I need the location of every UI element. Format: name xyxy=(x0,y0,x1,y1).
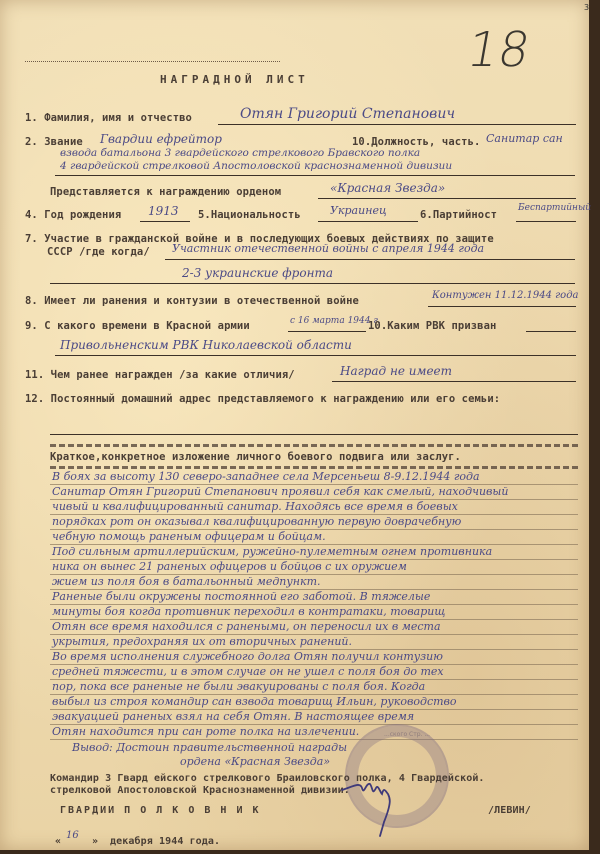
commander-line-1: Командир 3 Гвард ейского стрелкового Бра… xyxy=(50,773,485,784)
narrative-divider-bottom xyxy=(50,466,578,469)
field-6-label: 6.Партийност xyxy=(420,209,497,221)
field-2-value: Гвардии ефрейтор xyxy=(100,132,222,146)
narrative-line: чивый и квалифицированный санитар. Наход… xyxy=(52,500,458,513)
signature-icon xyxy=(340,778,410,838)
narrative-line: выбыл из строя командир сан взвода товар… xyxy=(52,695,457,708)
field-12-underline xyxy=(50,434,578,435)
conclusion-line-2: ордена «Красная Звезда» xyxy=(180,755,330,768)
field-7-value-1: Участник отечественной войны с апреля 19… xyxy=(172,242,484,255)
stamp-text: ...ского Стр. ... xyxy=(384,731,430,738)
narrative-line: жием из поля боя в батальонный медпункт. xyxy=(52,575,321,588)
field-8-underline xyxy=(428,306,576,307)
field-6-underline xyxy=(516,221,576,222)
narrative-line: Под сильным артиллерийским, ружейно-пуле… xyxy=(52,545,492,558)
narrative-rule xyxy=(50,739,578,740)
narrative-line: Раненые были окружены постоянной его заб… xyxy=(52,590,430,603)
field-10b-value: Привольненским РВК Николаевской области xyxy=(60,338,352,352)
field-10-value-1: Санитар сан xyxy=(486,132,563,145)
narrative-line: укрытия, предохраняя их от вторичных ран… xyxy=(52,635,352,648)
sheet-number: 18 xyxy=(463,22,534,78)
field-8-label: 8. Имеет ли ранения и контузии в отечест… xyxy=(25,295,359,307)
field-1-value: Отян Григорий Степанович xyxy=(240,106,455,122)
narrative-line: ника он вынес 21 раненых офицеров и бойц… xyxy=(52,560,407,573)
conclusion-line-1: Вывод: Достоин правительственной награды xyxy=(72,741,347,754)
narrative-line: В боях за высоту 130 северо-западнее сел… xyxy=(52,470,480,483)
field-1-label: 1. Фамилия, имя и отчество xyxy=(25,112,192,124)
field-11-label: 11. Чем ранее награжден /за какие отличи… xyxy=(25,369,295,381)
award-label: Представляется к награждению орденом xyxy=(50,186,281,198)
field-4-underline xyxy=(140,221,190,222)
field-7-underline-2 xyxy=(50,283,575,284)
field-10b-underline-2 xyxy=(55,355,576,356)
field-12-label: 12. Постоянный домашний адрес представля… xyxy=(25,393,500,405)
field-8-value: Контужен 11.12.1944 года xyxy=(432,290,579,301)
narrative-line: порядках рот он оказывал квалифицированн… xyxy=(52,515,461,528)
field-5-label: 5.Национальность xyxy=(198,209,301,221)
narrative-line: Отян находится при сан роте полка на изл… xyxy=(52,725,359,738)
field-10b-underline-1 xyxy=(526,331,576,332)
award-underline xyxy=(318,198,576,199)
date-month-year: декабря 1944 года. xyxy=(110,836,220,847)
narrative-divider-top xyxy=(50,444,578,447)
narrative-line: эвакуацией раненых взял на себя Отян. В … xyxy=(52,710,414,723)
narrative-line: Отян все время находился с ранеными, он … xyxy=(52,620,441,633)
field-1-underline xyxy=(218,124,576,125)
field-10-underline xyxy=(55,175,575,176)
commander-rank: ГВАРДИИ П О Л К О В Н И К xyxy=(60,805,261,816)
date-day: 16 xyxy=(66,830,79,841)
page-number: 3 xyxy=(584,3,589,12)
field-9-label: 9. С какого времени в Красной армии xyxy=(25,320,250,332)
field-5-value: Украинец xyxy=(330,204,387,217)
narrative-line: Санитар Отян Григорий Степанович проявил… xyxy=(52,485,508,498)
header-dotted-line xyxy=(25,61,280,62)
field-10-value-3: 4 гвардейской стрелковой Апостоловской к… xyxy=(60,160,452,172)
field-7-label-2: СССР /где когда/ xyxy=(47,246,150,258)
commander-line-2: стрелковой Апостоловской Краснознаменной… xyxy=(50,785,350,796)
date-close-mark: » xyxy=(92,836,98,847)
narrative-line: Во время исполнения служебного долга Отя… xyxy=(52,650,443,663)
field-4-value: 1913 xyxy=(148,204,179,218)
field-5-underline xyxy=(318,221,418,222)
narrative-line: чебную помощь раненым офицерам и бойцам. xyxy=(52,530,326,543)
narrative-heading: Краткое,конкретное изложение личного бое… xyxy=(50,451,461,463)
date-open-mark: « xyxy=(55,836,61,847)
field-7-underline-1 xyxy=(165,259,575,260)
commander-name: /ЛЕВИН/ xyxy=(488,805,531,816)
field-7-value-2: 2-3 украинские фронта xyxy=(182,266,333,280)
field-6-value: Беспартийный xyxy=(518,203,591,213)
field-10b-label: 10.Каким РВК призван xyxy=(368,320,496,332)
field-10-value-2: взвода батальона 3 гвардейского стрелков… xyxy=(60,147,420,159)
award-value: «Красная Звезда» xyxy=(330,181,445,195)
narrative-line: пор, пока все раненые не были эвакуирова… xyxy=(52,680,425,693)
field-4-label: 4. Год рождения xyxy=(25,209,121,221)
field-11-value: Наград не имеет xyxy=(340,364,452,378)
award-sheet: 3 18 НАГРАДНОЙ ЛИСТ 1. Фамилия, имя и от… xyxy=(0,0,589,850)
field-11-underline xyxy=(332,381,576,382)
narrative-line: минуты боя когда противник переходил в к… xyxy=(52,605,445,618)
field-9-underline xyxy=(288,331,366,332)
document-title: НАГРАДНОЙ ЛИСТ xyxy=(160,73,309,86)
narrative-line: средней тяжести, и в этом случае он не у… xyxy=(52,665,444,678)
